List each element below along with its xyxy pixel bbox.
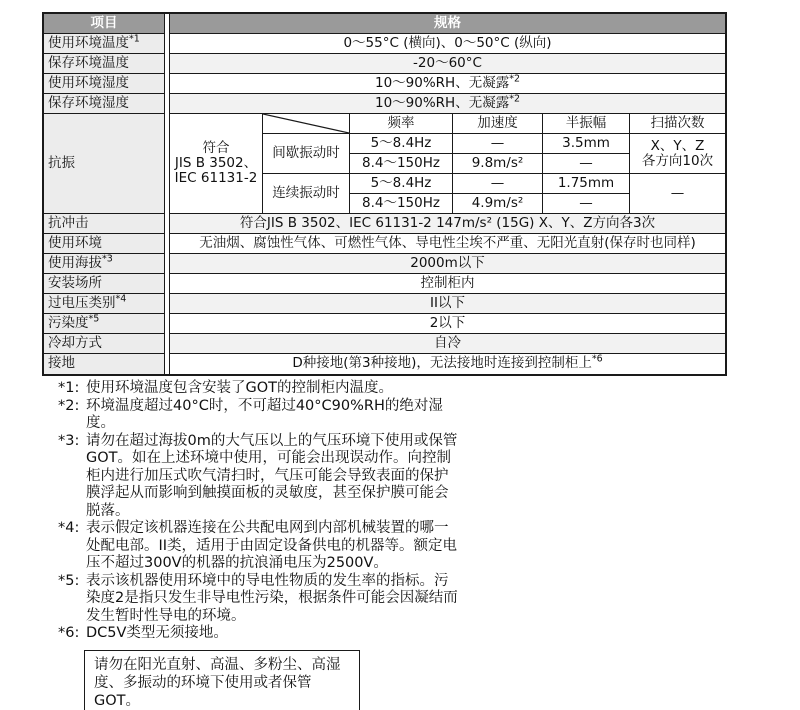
footnote-marker: *3: <box>58 433 86 521</box>
footnote-marker: *2: <box>58 398 86 433</box>
vib-group-continuous: 连续振动时 <box>263 174 350 214</box>
footnote-1: *1:使用环境温度包含安装了GOT的控制柜内温度。 <box>58 380 462 398</box>
row-value-altitude: 2000m以下 <box>170 254 725 274</box>
vib-sweep-count: — <box>630 174 725 214</box>
row-value-cooling: 自冷 <box>170 334 725 354</box>
vib-amplitude: — <box>543 154 630 174</box>
warning-text: 请勿在阳光直射、高温、多粉尘、高湿度、多振动的环境下使用或者保管GOT。 <box>94 657 341 709</box>
row-value-environment: 无油烟、腐蚀性气体、可燃性气体、导电性尘埃不严重、无阳光直射(保存时也同样) <box>170 234 725 254</box>
vib-group-intermittent: 间歇振动时 <box>263 134 350 174</box>
footnote-marker: *1: <box>58 380 86 398</box>
row-value-pollution: 2以下 <box>170 314 725 334</box>
warning-box: 请勿在阳光直射、高温、多粉尘、高湿度、多振动的环境下使用或者保管GOT。 <box>84 650 360 710</box>
vib-acceleration: — <box>453 174 543 194</box>
row-label-altitude: 使用海拔*3 <box>44 254 165 274</box>
vib-acceleration: 9.8m/s² <box>453 154 543 174</box>
footnote-3: *3:请勿在超过海拔0m的大气压以上的气压环境下使用或保管GOT。如在上述环境中… <box>58 433 462 521</box>
footnote-text: 表示假定该机器连接在公共配电网到内部机械装置的哪一处配电部。II类，适用于由固定… <box>86 520 460 573</box>
vib-frequency: 8.4～150Hz <box>350 194 453 214</box>
footnote-ref: *2 <box>509 94 520 105</box>
footnote-text: 请勿在超过海拔0m的大气压以上的气压环境下使用或保管GOT。如在上述环境中使用，… <box>86 433 460 521</box>
vib-amplitude: — <box>543 194 630 214</box>
row-value-storage-humidity: 10～90%RH、无凝露*2 <box>170 94 725 114</box>
row-label-operating-temp: 使用环境温度*1 <box>44 34 165 54</box>
vib-sweep-count: X、Y、Z 各方向10次 <box>630 134 725 174</box>
vib-header-sweep-count: 扫描次数 <box>630 114 725 134</box>
vib-frequency: 8.4～150Hz <box>350 154 453 174</box>
footnote-ref: *1 <box>129 34 140 45</box>
footnote-ref: *3 <box>102 254 113 265</box>
vibration-standard: 符合 JIS B 3502、 IEC 61131-2 <box>170 114 263 214</box>
row-label-vibration: 抗振 <box>44 114 165 214</box>
diagonal-line <box>263 114 349 133</box>
footnote-ref: *5 <box>89 314 100 325</box>
row-label-grounding: 接地 <box>44 354 165 374</box>
row-value-operating-temp: 0～55°C (横向)、0～50°C (纵向) <box>170 34 725 54</box>
vib-amplitude: 1.75mm <box>543 174 630 194</box>
footnote-text: 表示该机器使用环境中的导电性物质的发生率的指标。污染度2是指只发生非导电性污染，… <box>86 573 460 626</box>
footnote-5: *5:表示该机器使用环境中的导电性物质的发生率的指标。污染度2是指只发生非导电性… <box>58 573 462 626</box>
footnote-6: *6:DC5V类型无须接地。 <box>58 625 462 643</box>
vib-amplitude: 3.5mm <box>543 134 630 154</box>
row-label-installation: 安装场所 <box>44 274 165 294</box>
vib-frequency: 5～8.4Hz <box>350 134 453 154</box>
vib-frequency: 5～8.4Hz <box>350 174 453 194</box>
footnote-text: 使用环境温度包含安装了GOT的控制柜内温度。 <box>86 380 460 398</box>
vib-header-acceleration: 加速度 <box>453 114 543 134</box>
row-value-operating-humidity: 10～90%RH、无凝露*2 <box>170 74 725 94</box>
footnote-marker: *4: <box>58 520 86 573</box>
footnotes: *1:使用环境温度包含安装了GOT的控制柜内温度。 *2:环境温度超过40°C时… <box>58 380 462 710</box>
row-label-operating-humidity: 使用环境湿度 <box>44 74 165 94</box>
row-label-environment: 使用环境 <box>44 234 165 254</box>
column-header-spec: 规格 <box>170 14 725 34</box>
row-label-shock: 抗冲击 <box>44 214 165 234</box>
footnote-ref: *4 <box>116 294 127 305</box>
vib-header-amplitude: 半振幅 <box>543 114 630 134</box>
row-label-storage-humidity: 保存环境湿度 <box>44 94 165 114</box>
row-value-storage-temp: -20～60°C <box>170 54 725 74</box>
footnote-4: *4:表示假定该机器连接在公共配电网到内部机械装置的哪一处配电部。II类，适用于… <box>58 520 462 573</box>
row-value-overvoltage: II以下 <box>170 294 725 314</box>
footnote-marker: *6: <box>58 625 86 643</box>
footnote-2: *2:环境温度超过40°C时，不可超过40°C90%RH的绝对湿度。 <box>58 398 462 433</box>
footnote-text: DC5V类型无须接地。 <box>86 625 460 643</box>
footnote-ref: *6 <box>592 354 603 365</box>
vib-acceleration: — <box>453 134 543 154</box>
row-label-overvoltage: 过电压类别*4 <box>44 294 165 314</box>
vib-header-frequency: 频率 <box>350 114 453 134</box>
row-label-storage-temp: 保存环境温度 <box>44 54 165 74</box>
footnote-ref: *2 <box>509 74 520 85</box>
vib-acceleration: 4.9m/s² <box>453 194 543 214</box>
row-label-pollution: 污染度*5 <box>44 314 165 334</box>
footnote-marker: *5: <box>58 573 86 626</box>
row-value-installation: 控制柜内 <box>170 274 725 294</box>
spec-table: 项目 规格 使用环境温度*1 0～55°C (横向)、0～50°C (纵向) 保… <box>42 12 727 376</box>
row-value-shock: 符合JIS B 3502、IEC 61131-2 147m/s² (15G) X… <box>170 214 725 234</box>
diagonal-header-cell <box>263 114 350 134</box>
row-value-grounding: D种接地(第3种接地)，无法接地时连接到控制柜上*6 <box>170 354 725 374</box>
footnote-text: 环境温度超过40°C时，不可超过40°C90%RH的绝对湿度。 <box>86 398 460 433</box>
column-header-item: 项目 <box>44 14 165 34</box>
row-label-cooling: 冷却方式 <box>44 334 165 354</box>
